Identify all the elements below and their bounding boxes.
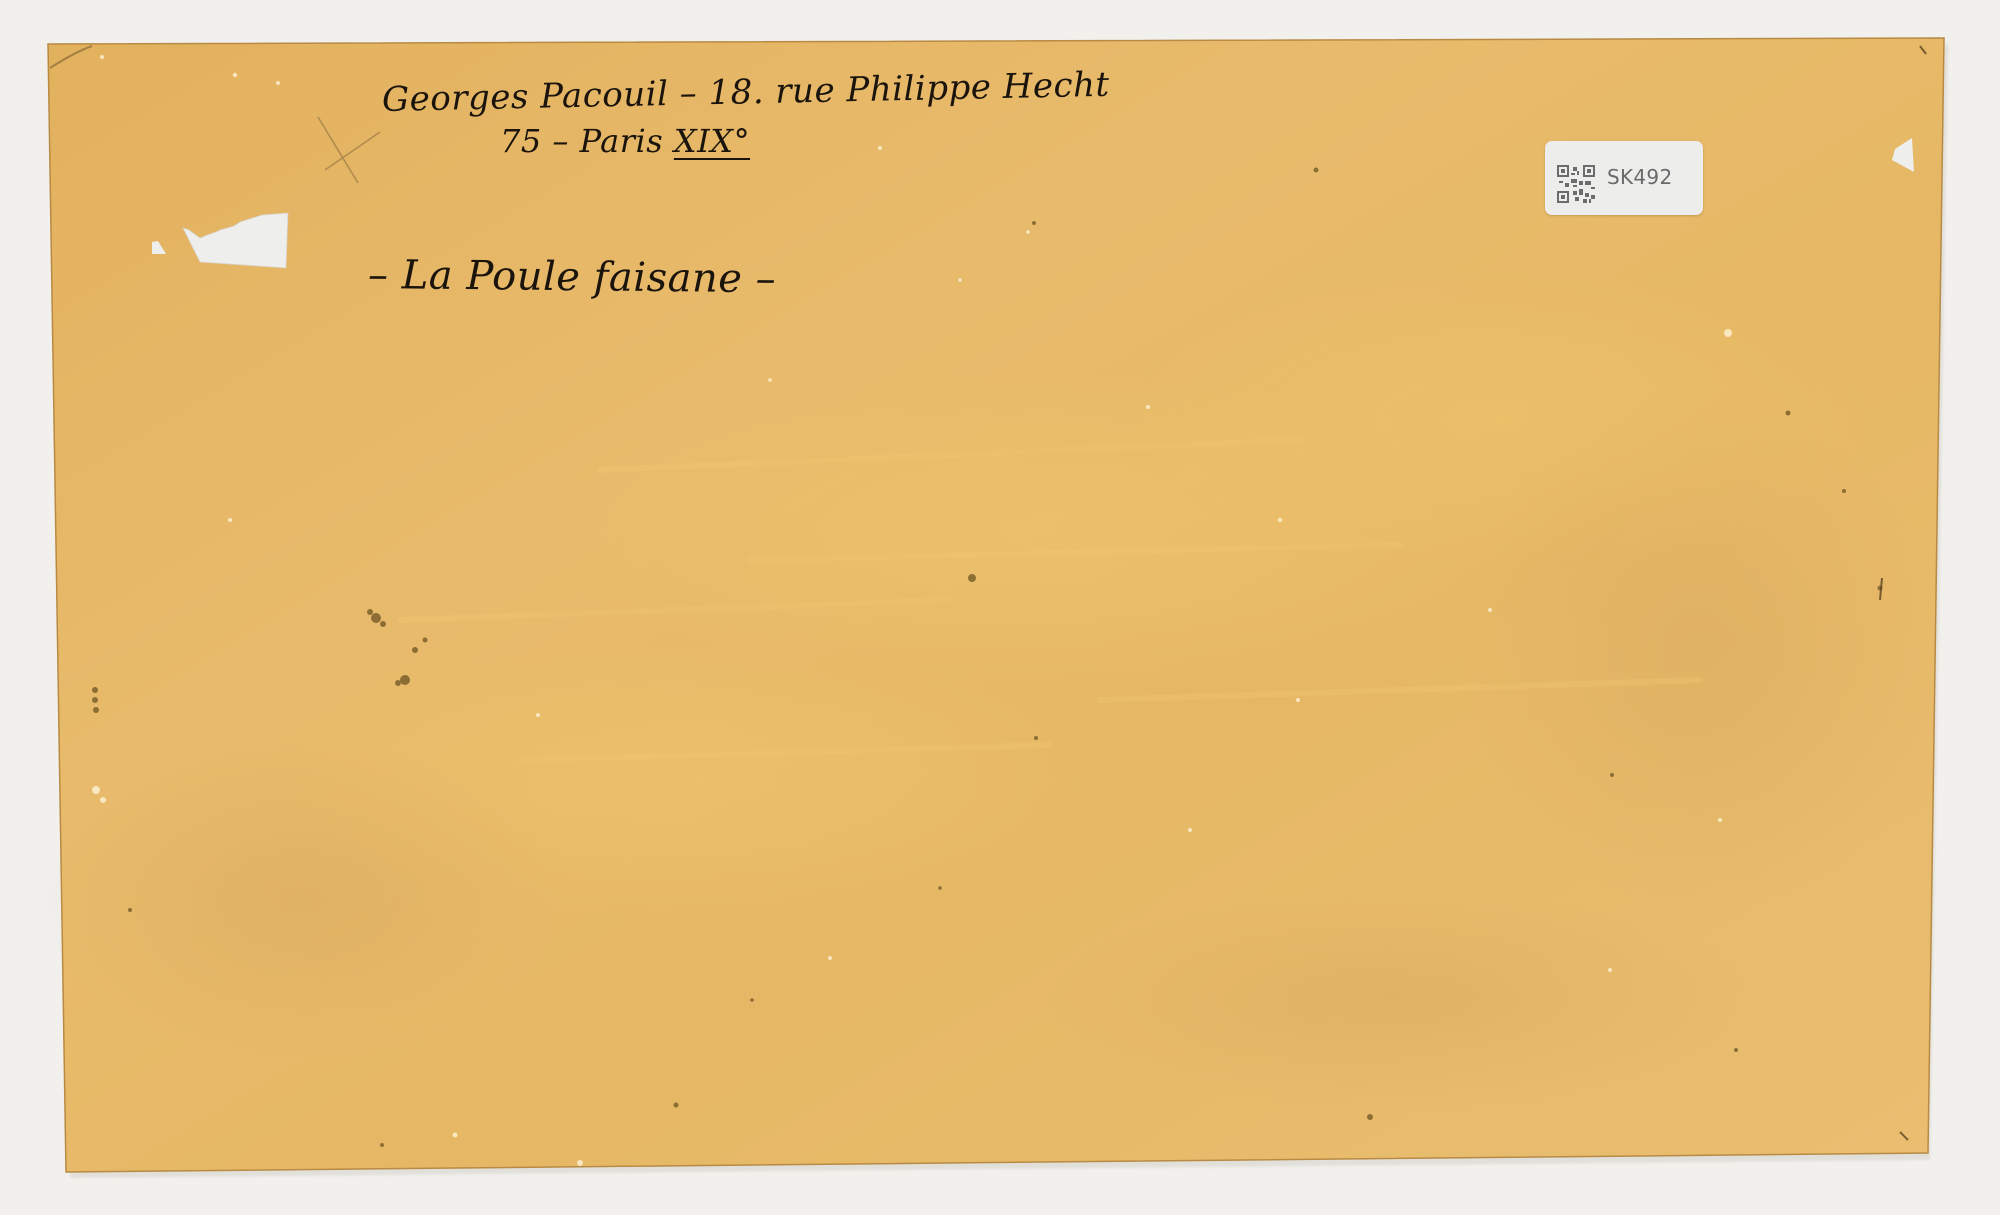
qr-code-icon	[1557, 165, 1595, 203]
inventory-label: SK492	[1545, 141, 1703, 215]
artwork-title-inscription: – La Poule faisane –	[368, 252, 777, 302]
inventory-code: SK492	[1607, 165, 1672, 189]
postal-city-text: 75 – Paris	[500, 122, 663, 160]
arrondissement-text: XIX°	[674, 122, 750, 160]
city-inscription: 75 – Paris XIX°	[500, 122, 750, 160]
photo-scene: Georges Pacouil – 18. rue Philippe Hecht…	[0, 0, 2000, 1215]
